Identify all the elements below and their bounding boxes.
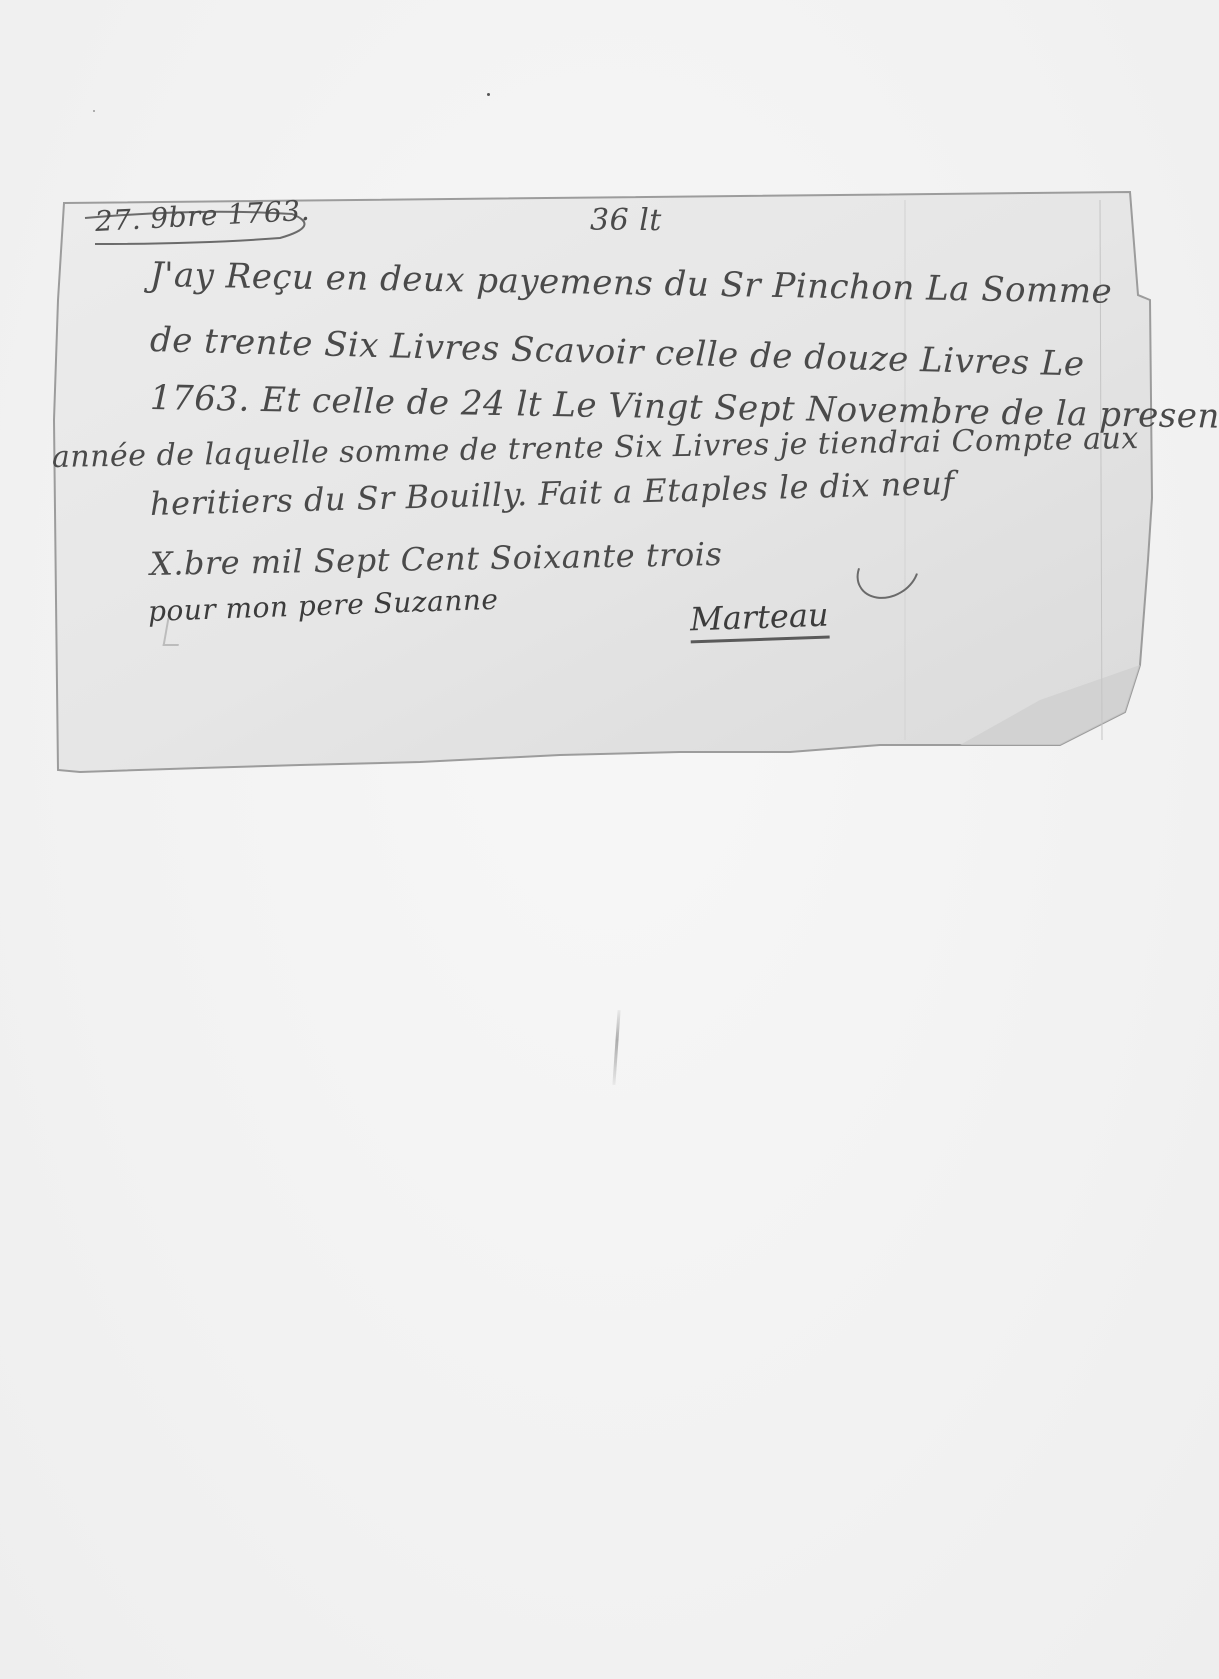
scanned-page: 27. 9bre 1763. 36 lt J'ay Reçu en deux p… — [0, 0, 1219, 1679]
signature: Marteau — [689, 596, 829, 644]
amount-note: 36 lt — [590, 203, 662, 238]
paper-shape — [0, 0, 1219, 1679]
receipt-paper — [0, 0, 1219, 1679]
